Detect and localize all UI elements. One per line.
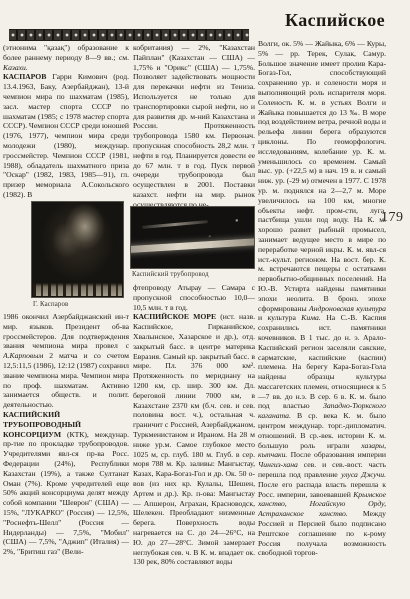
running-header: Каспийское — [272, 10, 398, 31]
kasparov-photo-caption: Г. Каспаров — [33, 301, 68, 309]
pipeline-photo-caption: Каспийский трубопровод — [132, 271, 209, 279]
paragraph: фтепроводу Атырау — Самара с пропускной … — [133, 283, 255, 312]
paragraph: кобритания) — 2%, "Казахстан Пайплан" (К… — [133, 43, 255, 206]
pipeline-highlight-upper — [142, 220, 208, 229]
pipeline-highlight-main — [131, 238, 254, 253]
paragraph: Волги, ок. 5% — Жайыка, 6% — Куры, 5% — … — [258, 39, 386, 558]
encyclopedia-page-scan: Каспийское 179 (этнонима "қазақ") образо… — [0, 0, 410, 599]
paragraph: КАСПИЙСКОЕ МОРЕ (ист. назв. Каспийское, … — [133, 312, 255, 567]
paragraph: (этнонима "қазақ") образование к более р… — [3, 43, 129, 72]
pipeline-photo — [131, 207, 254, 268]
column-2-lower-text: фтепроводу Атырау — Самара с пропускной … — [133, 283, 255, 599]
paragraph: КАСПИЙСКИЙ ТРУБОПРОВОДНЫЙ КОНСОРЦИУМ (КТ… — [3, 410, 129, 557]
kasparov-photo — [32, 202, 123, 297]
chess-pieces-silhouette — [33, 283, 122, 296]
paragraph: КАСПАРОВ Гарри Кимович (род. 13.4.1963, … — [3, 72, 129, 199]
column-3-text: Волги, ок. 5% — Жайыка, 6% — Куры, 5% — … — [258, 39, 386, 599]
paragraph: 1986 окончил Азербайджанский ин-т мир. я… — [3, 312, 129, 410]
column-1-upper-text: (этнонима "қазақ") образование к более р… — [3, 43, 129, 202]
ornamental-border — [9, 29, 249, 41]
column-2-upper-text: кобритания) — 2%, "Казахстан Пайплан" (К… — [133, 43, 255, 206]
column-1-lower-text: 1986 окончил Азербайджанский ин-т мир. я… — [3, 312, 129, 598]
